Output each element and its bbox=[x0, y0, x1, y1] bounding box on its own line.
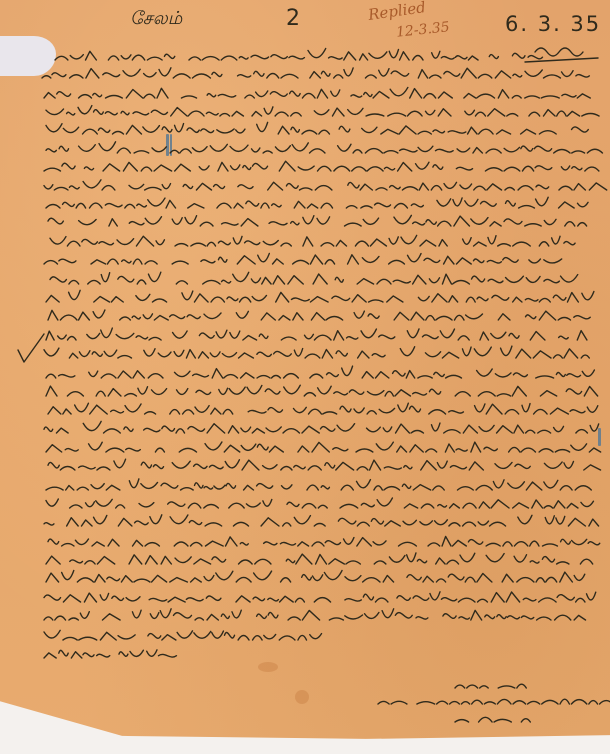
handwritten-line bbox=[48, 459, 601, 470]
handwritten-line bbox=[50, 272, 578, 284]
handwritten-line bbox=[50, 235, 575, 246]
salutation-word bbox=[535, 48, 583, 56]
handwritten-line bbox=[46, 122, 588, 134]
handwritten-line bbox=[46, 385, 598, 396]
handwritten-line bbox=[48, 310, 590, 320]
handwritten-line bbox=[46, 197, 588, 208]
handwritten-line bbox=[46, 106, 599, 116]
handwriting-body bbox=[0, 0, 610, 754]
handwritten-line bbox=[44, 650, 176, 658]
handwritten-line bbox=[46, 498, 593, 508]
handwritten-line bbox=[44, 630, 322, 640]
salutation-underline bbox=[525, 58, 598, 62]
handwritten-line bbox=[42, 68, 589, 78]
closing-line bbox=[378, 699, 610, 704]
handwritten-line bbox=[46, 328, 587, 340]
handwritten-line bbox=[44, 609, 586, 620]
handwritten-line bbox=[44, 180, 607, 190]
handwritten-line bbox=[46, 366, 594, 378]
handwritten-line bbox=[44, 253, 562, 264]
handwritten-line bbox=[46, 553, 593, 564]
handwritten-line bbox=[46, 442, 601, 452]
handwritten-line bbox=[46, 142, 602, 153]
handwritten-line bbox=[46, 290, 594, 302]
handwritten-line bbox=[46, 571, 585, 582]
handwritten-line bbox=[48, 536, 600, 546]
handwritten-line bbox=[44, 87, 590, 98]
handwritten-line bbox=[48, 215, 587, 226]
handwritten-line bbox=[44, 346, 589, 358]
handwritten-line bbox=[48, 403, 598, 414]
closing-line bbox=[455, 684, 526, 688]
handwritten-line bbox=[44, 161, 599, 171]
handwritten-line bbox=[55, 49, 542, 60]
closing-line bbox=[455, 717, 530, 722]
handwritten-line bbox=[44, 592, 596, 602]
margin-checkmark-icon bbox=[18, 334, 44, 362]
handwritten-line bbox=[44, 515, 599, 526]
handwritten-line bbox=[44, 421, 599, 433]
handwritten-line bbox=[46, 479, 591, 490]
